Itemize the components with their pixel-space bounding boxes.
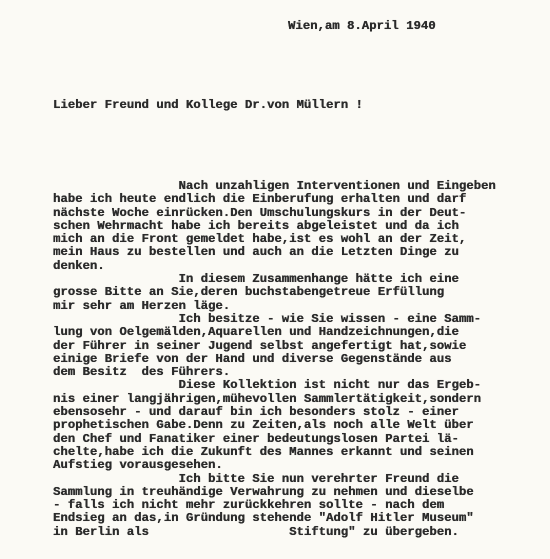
letter-line: denken.: [53, 260, 496, 273]
letter-line: mir sehr am Herzen läge.: [53, 300, 496, 313]
letter-page: Wien,am 8.April 1940 Lieber Freund und K…: [0, 0, 550, 559]
letter-line: mein Haus zu bestellen und auch an die L…: [53, 246, 496, 259]
letter-body: Nach unzahligen Interventionen und Einge…: [53, 180, 496, 539]
letter-line: mich an die Front gemeldet habe,ist es w…: [53, 233, 496, 246]
letter-line: grosse Bitte an Sie,deren buchstabengetr…: [53, 286, 496, 299]
letter-line: Aufstieg vorausgesehen.: [53, 459, 496, 472]
letter-line: nis einer langjährigen,mühevollen Sammle…: [53, 393, 496, 406]
letter-line: Endsieg an das,in Gründung stehende "Ado…: [53, 512, 496, 525]
letter-line: - falls ich nicht mehr zurückkehren soll…: [53, 499, 496, 512]
letter-line: Ich bitte Sie nun verehrter Freund die: [53, 473, 496, 486]
letter-line: in Berlin als Stiftung" zu übergeben.: [53, 526, 496, 539]
letter-line: prophetischen Gabe.Denn zu Zeiten,als no…: [53, 419, 496, 432]
salutation: Lieber Freund und Kollege Dr.von Müllern…: [53, 98, 363, 112]
letter-line: den Chef und Fanatiker einer bedeutungsl…: [53, 433, 496, 446]
letter-line: habe ich heute endlich die Einberufung e…: [53, 193, 496, 206]
letter-line: der Führer in seiner Jugend selbst angef…: [53, 340, 496, 353]
dateline: Wien,am 8.April 1940: [288, 19, 436, 33]
letter-line: Diese Kollektion ist nicht nur das Ergeb…: [53, 379, 496, 392]
letter-line: In diesem Zusammenhange hätte ich eine: [53, 273, 496, 286]
letter-line: Nach unzahligen Interventionen und Einge…: [53, 180, 496, 193]
letter-line: Ich besitze - wie Sie wissen - eine Samm…: [53, 313, 496, 326]
letter-line: Sammlung in treuhändige Verwahrung zu ne…: [53, 486, 496, 499]
letter-line: dem Besitz des Führers.: [53, 366, 496, 379]
letter-line: chelte,habe ich die Zukunft des Mannes e…: [53, 446, 496, 459]
letter-line: lung von Oelgemälden,Aquarellen und Hand…: [53, 326, 496, 339]
letter-line: nächste Woche einrücken.Den Umschulungsk…: [53, 207, 496, 220]
letter-line: einige Briefe von der Hand und diverse G…: [53, 353, 496, 366]
letter-line: ebensosehr - und darauf bin ich besonder…: [53, 406, 496, 419]
letter-line: schen Wehrmacht habe ich bereits abgelei…: [53, 220, 496, 233]
